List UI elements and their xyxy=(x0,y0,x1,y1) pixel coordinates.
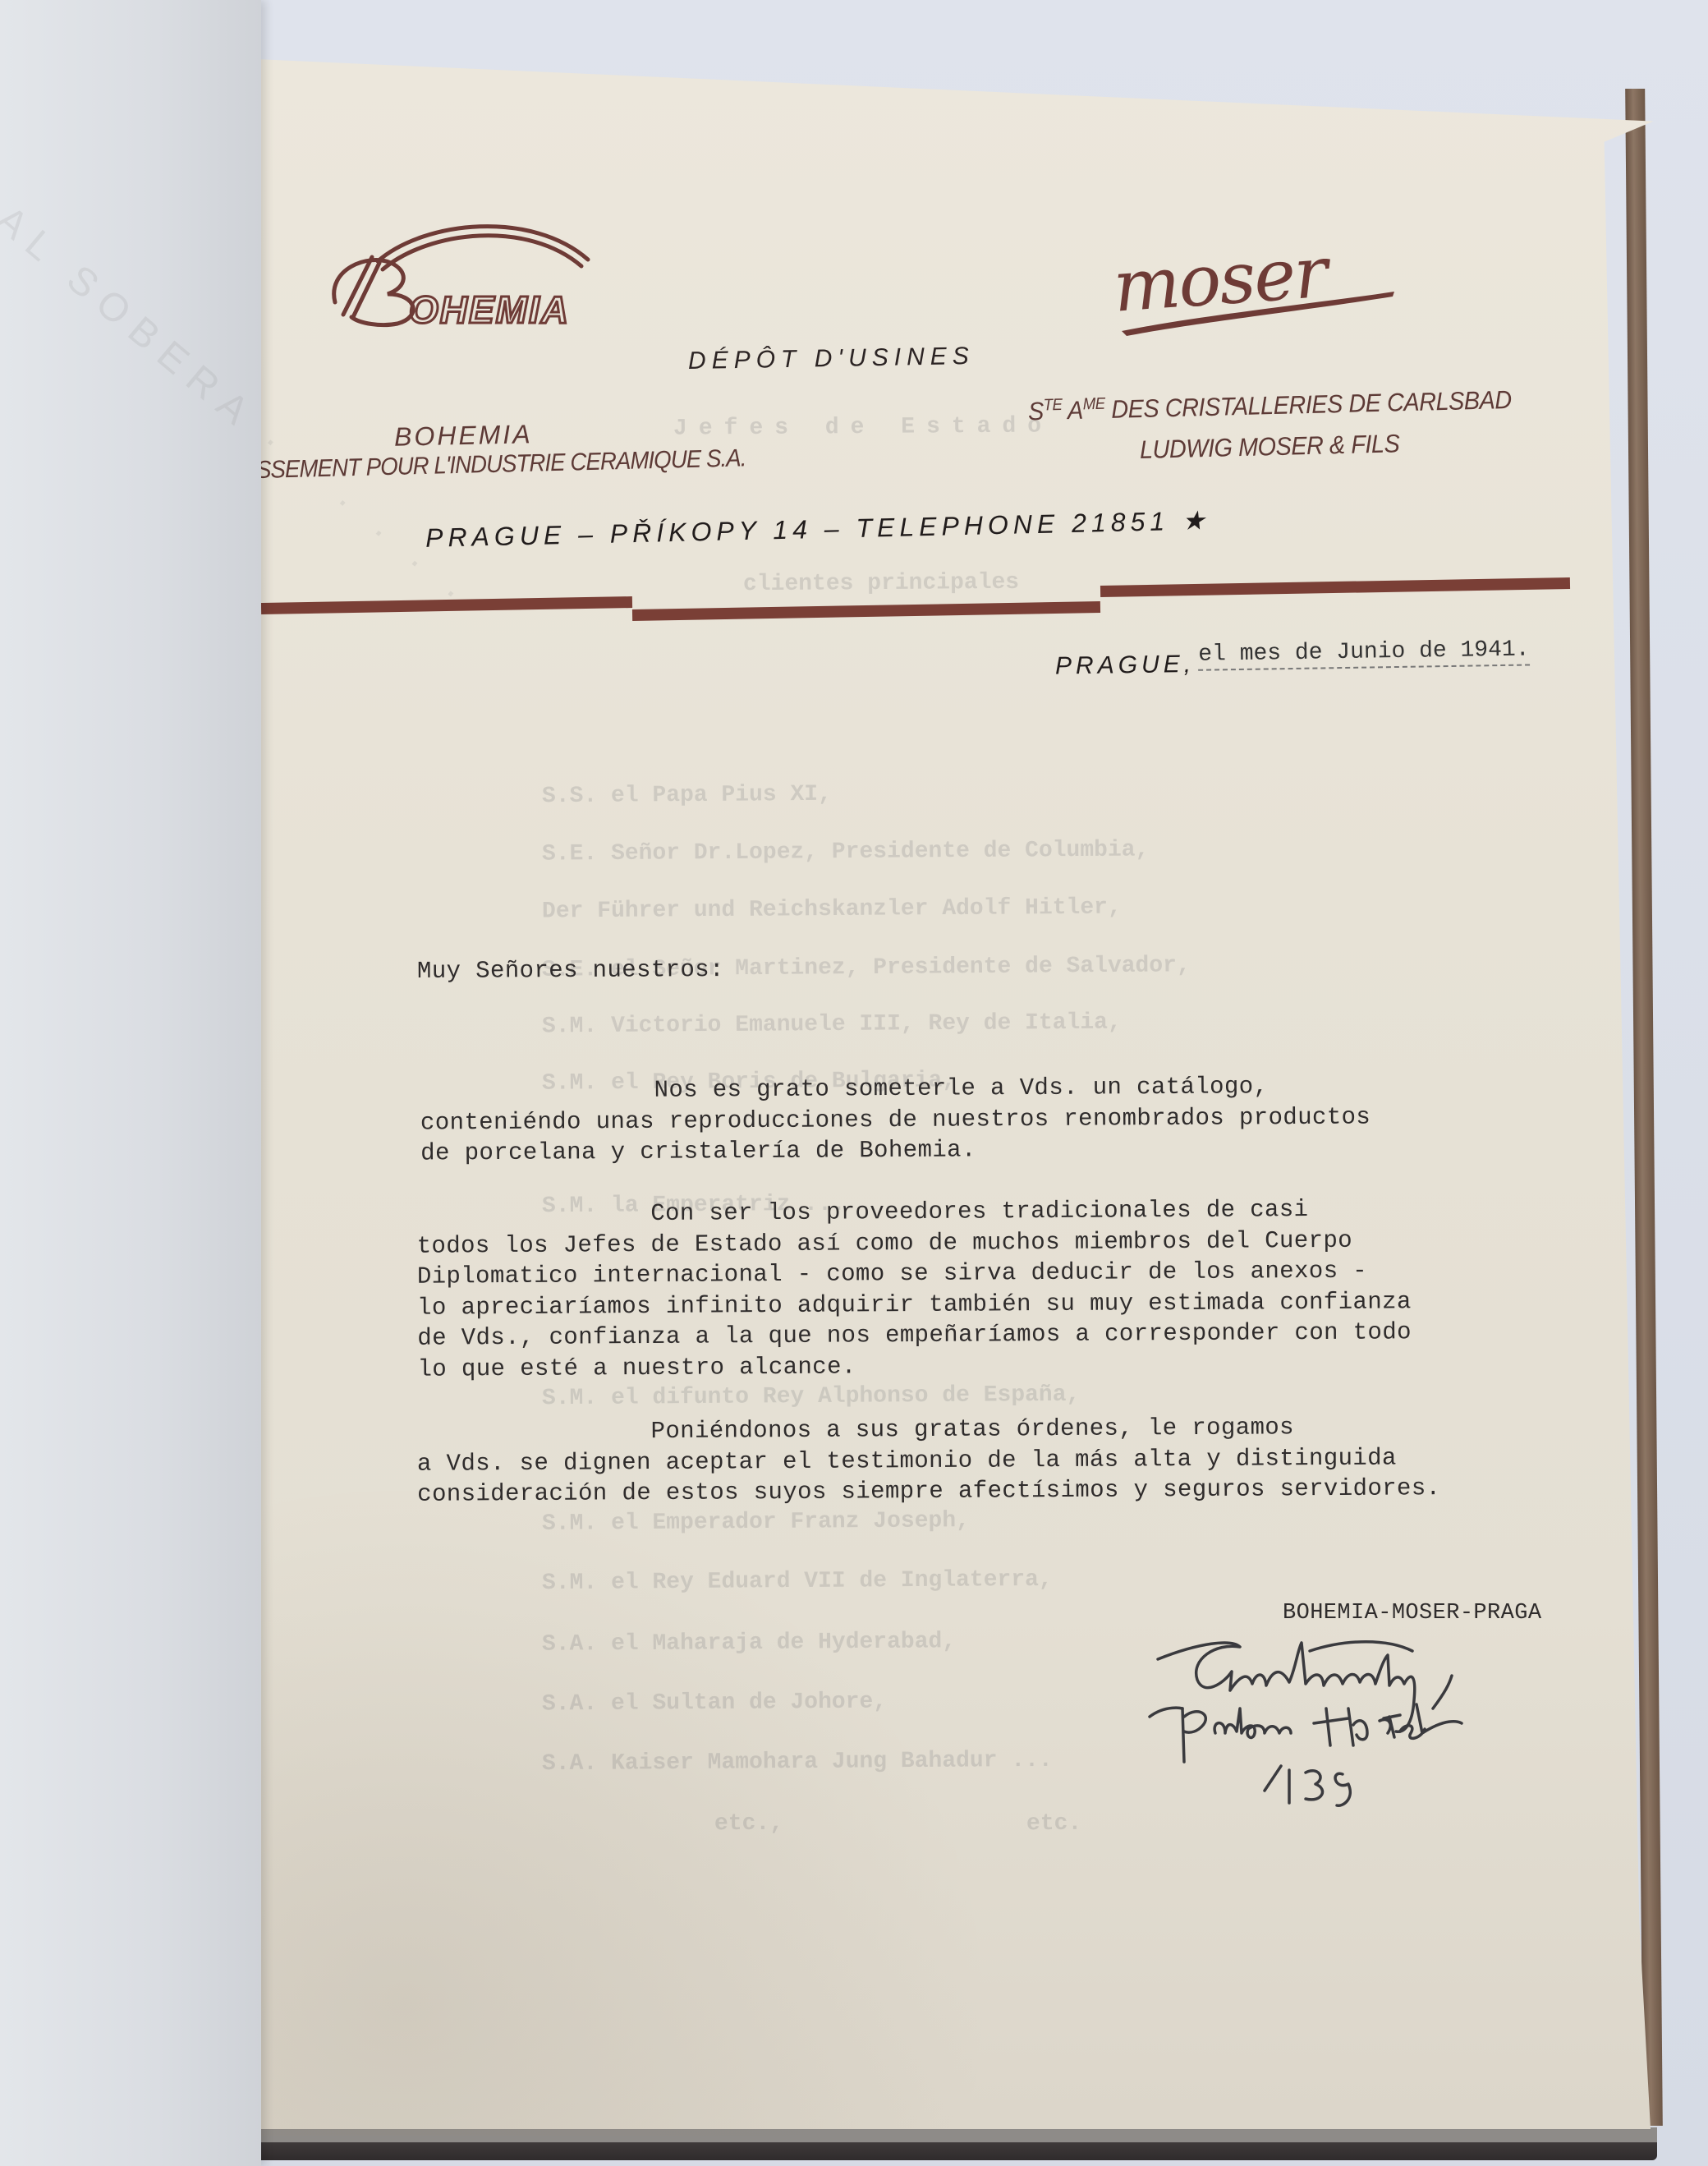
handwritten-signature xyxy=(1133,1626,1593,1848)
svg-text:moser: moser xyxy=(1110,234,1334,329)
right-company-line2: LUDWIG MOSER & FILS xyxy=(1140,429,1400,465)
show-through-heading: Jefes de Estado xyxy=(673,413,1053,441)
show-through-line: S.M. el difunto Rey Alphonso de España, xyxy=(542,1382,1081,1412)
left-company-name: BOHEMIA xyxy=(394,419,533,453)
show-through-line: Der Führer und Reichskanzler Adolf Hitle… xyxy=(542,895,1122,925)
salutation: Muy Señores nuestros: xyxy=(417,954,724,986)
show-through-line: S.A. el Maharaja de Hyderabad, xyxy=(542,1629,956,1658)
show-through-line: S.A. Kaiser Mamohara Jung Bahadur ... xyxy=(542,1748,1053,1777)
show-through-line: S.M. el Rey Eduard VII de Inglaterra, xyxy=(542,1567,1053,1596)
dateline-place: PRAGUE, xyxy=(1055,651,1196,680)
show-through-line: S.E. Señor Dr.Lopez, Presidente de Colum… xyxy=(542,837,1150,867)
facing-flyleaf-page: AL SOBERA · · · · · · xyxy=(0,0,261,2166)
depot-label: DÉPÔT D'USINES xyxy=(688,343,975,375)
closing-signature-line: BOHEMIA-MOSER-PRAGA xyxy=(1283,1598,1541,1630)
body-paragraph-3: Poniéndonos a sus gratas órdenes, le rog… xyxy=(417,1411,1441,1510)
show-through-line: S.M. el Emperador Franz Joseph, xyxy=(542,1508,970,1537)
bohemia-logo: OHEMIA xyxy=(327,212,622,335)
show-through-line: etc. xyxy=(1026,1811,1081,1837)
show-through-subheading: clientes principales xyxy=(743,570,1019,597)
moser-logo: moser xyxy=(1105,234,1409,341)
show-through-line: S.A. el Sultan de Johore, xyxy=(542,1690,887,1718)
dateline-date: el mes de Junio de 1941. xyxy=(1198,637,1530,670)
show-through-line: S.S. el Papa Pius XI, xyxy=(542,782,832,809)
show-through-line: S.M. Victorio Emanuele III, Rey de Itali… xyxy=(542,1010,1122,1040)
show-through-line: etc., xyxy=(714,1811,783,1837)
body-paragraph-1: Nos es grato someterle a Vds. un catálog… xyxy=(420,1070,1371,1169)
svg-text:OHEMIA: OHEMIA xyxy=(409,288,570,331)
body-paragraph-2: Con ser los proveedores tradicionales de… xyxy=(416,1193,1412,1384)
